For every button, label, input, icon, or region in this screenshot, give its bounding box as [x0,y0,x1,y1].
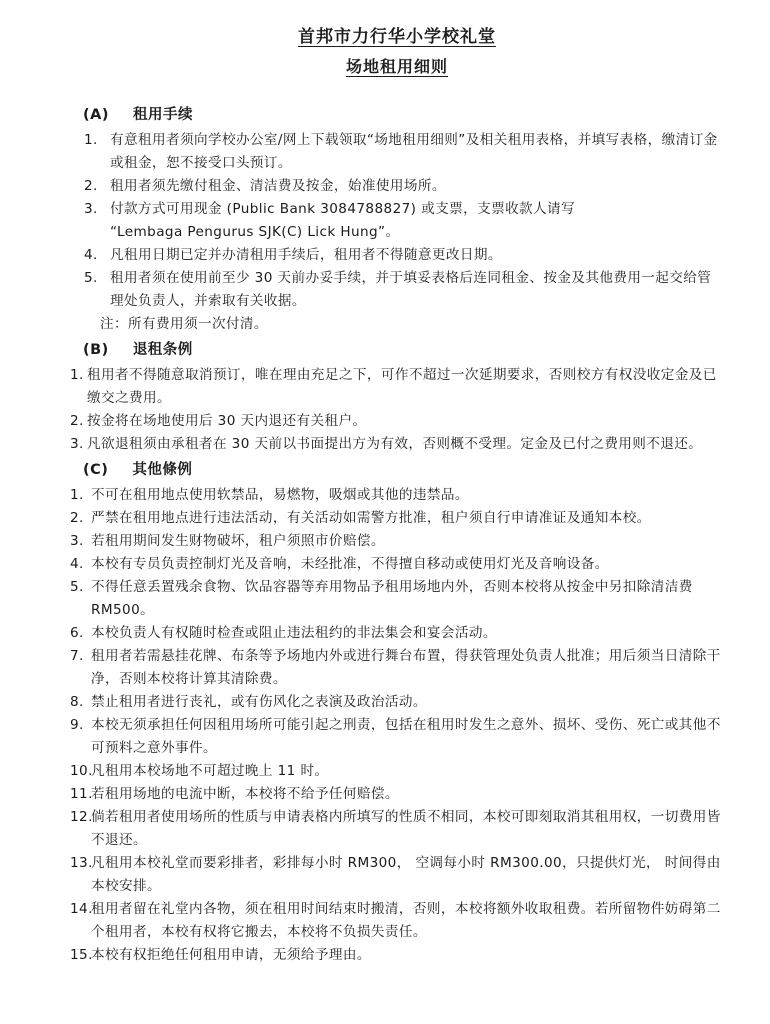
rule-item-C12: 12.倘若租用者使用场所的性质与申请表格内所填写的性质不相同，本校可即刻取消其租… [70,806,724,852]
item-number: 1. [84,129,110,175]
item-text: 本校负责人有权随时检查或阻止违法租约的非法集会和宴会活动。 [91,622,724,645]
item-text-line: 租用者须在使用前至少 30 天前办妥手续，并于填妥表格后连同租金、按金及其他费用… [110,267,724,313]
document-title: 首邦市力行华小学校礼堂 [70,26,724,48]
item-text-line: 倘若租用者使用场所的性质与申请表格内所填写的性质不相同，本校可即刻取消其租用权，… [91,806,724,852]
rule-item-B1: 1.租用者不得随意取消预订，唯在理由充足之下，可作不超过一次延期要求，否则校方有… [70,364,724,410]
section-C: (C)其他條例1.不可在租用地点使用软禁品，易燃物，吸烟或其他的违禁品。2.严禁… [70,459,724,967]
rule-item-C13: 13.凡租用本校礼堂而要彩排者，彩排每小时 RM300， 空调每小时 RM300… [70,852,724,898]
item-number: 4. [70,553,91,576]
rule-item-C3: 3.若租用期间发生财物破坏，租户须照市价赔偿。 [70,530,724,553]
section-B: (B)退租条例1.租用者不得随意取消预订，唯在理由充足之下，可作不超过一次延期要… [70,339,724,456]
rule-item-C7: 7.租用者若需悬挂花牌、布条等予场地内外或进行舞台布置，得获管理处负责人批准；用… [70,645,724,691]
item-text-line: 本校负责人有权随时检查或阻止违法租约的非法集会和宴会活动。 [91,622,724,645]
item-number: 13. [70,852,91,898]
section-note: 注：所有费用须一次付清。 [100,313,724,336]
rule-item-C1: 1.不可在租用地点使用软禁品，易燃物，吸烟或其他的违禁品。 [70,484,724,507]
item-number: 11. [70,783,91,806]
item-text: 不得任意丢置残余食物、饮品容器等弃用物品予租用场地内外，否则本校将从按金中另扣除… [91,576,724,622]
rule-item-C15: 15.本校有权拒绝任何租用申请，无须给予理由。 [70,944,724,967]
item-number: 2. [70,410,87,433]
rule-item-C8: 8.禁止租用者进行丧礼，或有伤风化之表演及政治活动。 [70,691,724,714]
item-number: 10. [70,760,91,783]
item-text: 凡欲退租须由承租者在 30 天前以书面提出方为有效，否则概不受理。定金及已付之费… [87,433,724,456]
rule-item-C11: 11.若租用场地的电流中断，本校将不给予任何赔偿。 [70,783,724,806]
document-subtitle: 场地租用细则 [70,56,724,78]
item-text-line: 按金将在场地使用后 30 天内退还有关租户。 [87,410,724,433]
rule-item-C4: 4.本校有专员负责控制灯光及音响，未经批准，不得擅自移动或使用灯光及音响设备。 [70,553,724,576]
section-label: (C) [83,462,108,478]
rule-item-B2: 2.按金将在场地使用后 30 天内退还有关租户。 [70,410,724,433]
rule-item-C5: 5.不得任意丢置残余食物、饮品容器等弃用物品予租用场地内外，否则本校将从按金中另… [70,576,724,622]
item-number: 7. [70,645,91,691]
item-number: 8. [70,691,91,714]
item-text: 租用者须先缴付租金、清洁费及按金，始准使用场所。 [110,175,724,198]
item-text-line: 不得任意丢置残余食物、饮品容器等弃用物品予租用场地内外，否则本校将从按金中另扣除… [91,576,724,622]
item-number: 6. [70,622,91,645]
item-text-line: 不可在租用地点使用软禁品，易燃物，吸烟或其他的违禁品。 [91,484,724,507]
item-text-line: 凡租用本校场地不可超过晚上 11 时。 [91,760,724,783]
rule-item-A2: 2.租用者须先缴付租金、清洁费及按金，始准使用场所。 [84,175,724,198]
item-number: 1. [70,364,87,410]
item-number: 1. [70,484,91,507]
rule-item-C6: 6.本校负责人有权随时检查或阻止违法租约的非法集会和宴会活动。 [70,622,724,645]
item-text-line: 凡欲退租须由承租者在 30 天前以书面提出方为有效，否则概不受理。定金及已付之费… [87,433,724,456]
item-text: 付款方式可用现金 (Public Bank 3084788827) 或支票，支票… [110,198,724,244]
rule-item-C14: 14.租用者留在礼堂内各物，须在租用时间结束时搬清，否则，本校将额外收取租费。若… [70,898,724,944]
item-number: 3. [70,530,91,553]
item-number: 15. [70,944,91,967]
rule-item-A3: 3.付款方式可用现金 (Public Bank 3084788827) 或支票，… [84,198,724,244]
rule-item-C10: 10.凡租用本校场地不可超过晚上 11 时。 [70,760,724,783]
item-text: 本校无须承担任何因租用场所可能引起之刑责，包括在租用时发生之意外、损坏、受伤、死… [91,714,724,760]
section-C-heading: (C)其他條例 [83,459,724,482]
section-A: (A)租用手续1.有意租用者须向学校办公室/网上下载领取“场地租用细则”及相关租… [70,104,724,336]
item-text: 按金将在场地使用后 30 天内退还有关租户。 [87,410,724,433]
item-text-line: 有意租用者须向学校办公室/网上下载领取“场地租用细则”及相关租用表格，并填写表格… [110,129,724,175]
item-text: 禁止租用者进行丧礼，或有伤风化之表演及政治活动。 [91,691,724,714]
item-text-line: “Lembaga Pengurus SJK(C) Lick Hung”。 [110,221,724,244]
rule-item-C9: 9.本校无须承担任何因租用场所可能引起之刑责，包括在租用时发生之意外、损坏、受伤… [70,714,724,760]
item-text: 凡租用本校场地不可超过晚上 11 时。 [91,760,724,783]
rule-item-C2: 2.严禁在租用地点进行违法活动，有关活动如需警方批准，租户须自行申请准证及通知本… [70,507,724,530]
item-text-line: 凡租用日期已定并办清租用手续后，租用者不得随意更改日期。 [110,244,724,267]
sections-container: (A)租用手续1.有意租用者须向学校办公室/网上下载领取“场地租用细则”及相关租… [70,104,724,967]
item-text: 若租用场地的电流中断，本校将不给予任何赔偿。 [91,783,724,806]
rule-item-B3: 3.凡欲退租须由承租者在 30 天前以书面提出方为有效，否则概不受理。定金及已付… [70,433,724,456]
section-A-heading: (A)租用手续 [83,104,724,127]
item-text-line: 本校有权拒绝任何租用申请，无须给予理由。 [91,944,724,967]
item-number: 2. [70,507,91,530]
item-text-line: 本校无须承担任何因租用场所可能引起之刑责，包括在租用时发生之意外、损坏、受伤、死… [91,714,724,760]
rule-item-A5: 5.租用者须在使用前至少 30 天前办妥手续，并于填妥表格后连同租金、按金及其他… [84,267,724,313]
item-text-line: 租用者须先缴付租金、清洁费及按金，始准使用场所。 [110,175,724,198]
section-title: 其他條例 [132,462,192,478]
item-text-line: 本校有专员负责控制灯光及音响，未经批准，不得擅自移动或使用灯光及音响设备。 [91,553,724,576]
item-text: 凡租用日期已定并办清租用手续后，租用者不得随意更改日期。 [110,244,724,267]
item-number: 5. [70,576,91,622]
item-text-line: 租用者若需悬挂花牌、布条等予场地内外或进行舞台布置，得获管理处负责人批准；用后须… [91,645,724,691]
item-text: 严禁在租用地点进行违法活动，有关活动如需警方批准，租户须自行申请准证及通知本校。 [91,507,724,530]
title-block: 首邦市力行华小学校礼堂 场地租用细则 [70,26,724,78]
rule-item-A1: 1.有意租用者须向学校办公室/网上下载领取“场地租用细则”及相关租用表格，并填写… [84,129,724,175]
item-text-line: 若租用期间发生财物破坏，租户须照市价赔偿。 [91,530,724,553]
item-text: 若租用期间发生财物破坏，租户须照市价赔偿。 [91,530,724,553]
item-text: 租用者不得随意取消预订，唯在理由充足之下，可作不超过一次延期要求，否则校方有权没… [87,364,724,410]
section-title: 退租条例 [133,342,193,358]
rule-item-A4: 4.凡租用日期已定并办清租用手续后，租用者不得随意更改日期。 [84,244,724,267]
item-text-line: 租用者不得随意取消预订，唯在理由充足之下，可作不超过一次延期要求，否则校方有权没… [87,364,724,410]
item-text-line: 严禁在租用地点进行违法活动，有关活动如需警方批准，租户须自行申请准证及通知本校。 [91,507,724,530]
item-text: 本校有专员负责控制灯光及音响，未经批准，不得擅自移动或使用灯光及音响设备。 [91,553,724,576]
item-text: 租用者留在礼堂内各物，须在租用时间结束时搬清，否则，本校将额外收取租费。若所留物… [91,898,724,944]
item-text-line: 若租用场地的电流中断，本校将不给予任何赔偿。 [91,783,724,806]
section-B-heading: (B)退租条例 [83,339,724,362]
section-label: (B) [83,342,109,358]
item-number: 14. [70,898,91,944]
item-number: 3. [84,198,110,244]
section-title: 租用手续 [133,107,193,123]
item-text: 凡租用本校礼堂而要彩排者，彩排每小时 RM300， 空调每小时 RM300.00… [91,852,724,898]
item-text: 租用者若需悬挂花牌、布条等予场地内外或进行舞台布置，得获管理处负责人批准；用后须… [91,645,724,691]
item-text-line: 禁止租用者进行丧礼，或有伤风化之表演及政治活动。 [91,691,724,714]
item-text-line: 付款方式可用现金 (Public Bank 3084788827) 或支票，支票… [110,198,724,221]
item-text: 本校有权拒绝任何租用申请，无须给予理由。 [91,944,724,967]
document-page: 首邦市力行华小学校礼堂 场地租用细则 (A)租用手续1.有意租用者须向学校办公室… [0,0,770,1024]
item-number: 9. [70,714,91,760]
item-text: 不可在租用地点使用软禁品，易燃物，吸烟或其他的违禁品。 [91,484,724,507]
item-number: 3. [70,433,87,456]
item-number: 4. [84,244,110,267]
item-text: 倘若租用者使用场所的性质与申请表格内所填写的性质不相同，本校可即刻取消其租用权，… [91,806,724,852]
item-text-line: 租用者留在礼堂内各物，须在租用时间结束时搬清，否则，本校将额外收取租费。若所留物… [91,898,724,944]
item-text: 租用者须在使用前至少 30 天前办妥手续，并于填妥表格后连同租金、按金及其他费用… [110,267,724,313]
item-number: 2. [84,175,110,198]
item-number: 5. [84,267,110,313]
section-label: (A) [83,107,109,123]
item-text-line: 凡租用本校礼堂而要彩排者，彩排每小时 RM300， 空调每小时 RM300.00… [91,852,724,898]
item-number: 12. [70,806,91,852]
item-text: 有意租用者须向学校办公室/网上下载领取“场地租用细则”及相关租用表格，并填写表格… [110,129,724,175]
